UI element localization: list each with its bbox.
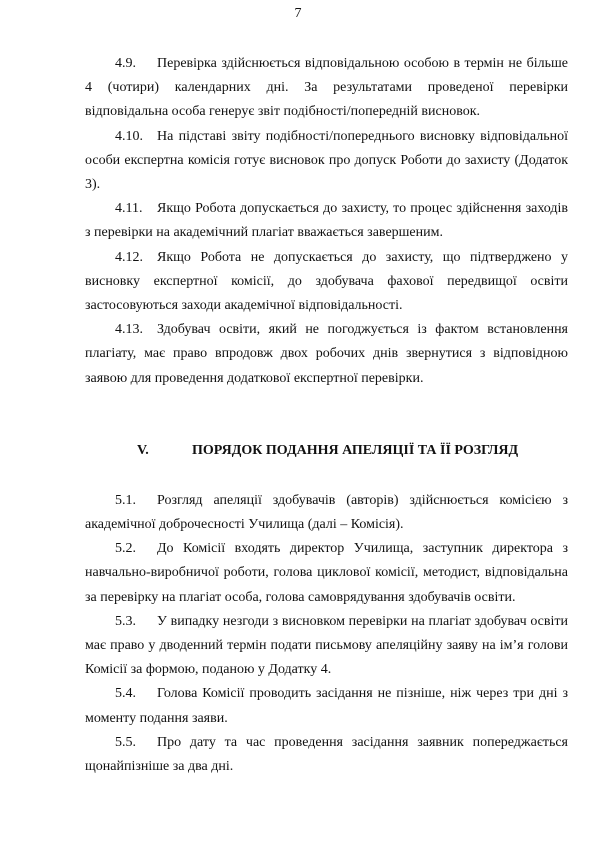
paragraph-number: 4.11. — [115, 197, 157, 221]
paragraph-number: 5.5. — [115, 731, 157, 755]
paragraph-4-9: 4.9.Перевірка здійснюється відповідально… — [85, 52, 568, 125]
paragraph-4-11: 4.11.Якщо Робота допускається до захисту… — [85, 197, 568, 245]
paragraph-5-2: 5.2.До Комісії входять директор Училища,… — [85, 537, 568, 610]
section-heading: V. ПОРЯДОК ПОДАННЯ АПЕЛЯЦІЇ ТА ЇЇ РОЗГЛЯ… — [85, 439, 568, 463]
paragraph-text: Якщо Робота допускається до захисту, то … — [85, 201, 568, 240]
section-number: V. — [137, 439, 149, 463]
paragraph-number: 4.12. — [115, 246, 157, 270]
paragraph-5-3: 5.3.У випадку незгоди з висновком переві… — [85, 610, 568, 683]
paragraph-text: Перевірка здійснюється відповідальною ос… — [85, 56, 568, 119]
paragraph-number: 4.9. — [115, 52, 157, 76]
paragraph-text: Розгляд апеляції здобувачів (авторів) зд… — [85, 493, 568, 532]
paragraph-text: Голова Комісії проводить засідання не пі… — [85, 686, 568, 725]
paragraph-4-12: 4.12.Якщо Робота не допускається до захи… — [85, 246, 568, 319]
paragraph-text: Якщо Робота не допускається до захисту, … — [85, 250, 568, 313]
paragraph-text: На підставі звіту подібності/попередньог… — [85, 129, 568, 192]
paragraph-4-10: 4.10.На підставі звіту подібності/попере… — [85, 125, 568, 198]
document-body: 4.9.Перевірка здійснюється відповідально… — [85, 52, 568, 779]
page-number: 7 — [0, 4, 596, 24]
paragraph-number: 4.10. — [115, 125, 157, 149]
paragraph-5-5: 5.5.Про дату та час проведення засідання… — [85, 731, 568, 779]
paragraph-number: 5.1. — [115, 489, 157, 513]
paragraph-number: 5.3. — [115, 610, 157, 634]
paragraph-text: До Комісії входять директор Училища, зас… — [85, 541, 568, 604]
paragraph-4-13: 4.13.Здобувач освіти, який не погоджуєть… — [85, 318, 568, 391]
paragraph-number: 5.2. — [115, 537, 157, 561]
paragraph-5-4: 5.4.Голова Комісії проводить засідання н… — [85, 682, 568, 730]
paragraph-text: Здобувач освіти, який не погоджується із… — [85, 322, 568, 385]
paragraph-text: Про дату та час проведення засідання зая… — [85, 735, 568, 774]
paragraph-number: 5.4. — [115, 682, 157, 706]
paragraph-text: У випадку незгоди з висновком перевірки … — [85, 614, 568, 677]
section-title: ПОРЯДОК ПОДАННЯ АПЕЛЯЦІЇ ТА ЇЇ РОЗГЛЯД — [192, 439, 518, 463]
paragraph-5-1: 5.1.Розгляд апеляції здобувачів (авторів… — [85, 489, 568, 537]
paragraph-number: 4.13. — [115, 318, 157, 342]
